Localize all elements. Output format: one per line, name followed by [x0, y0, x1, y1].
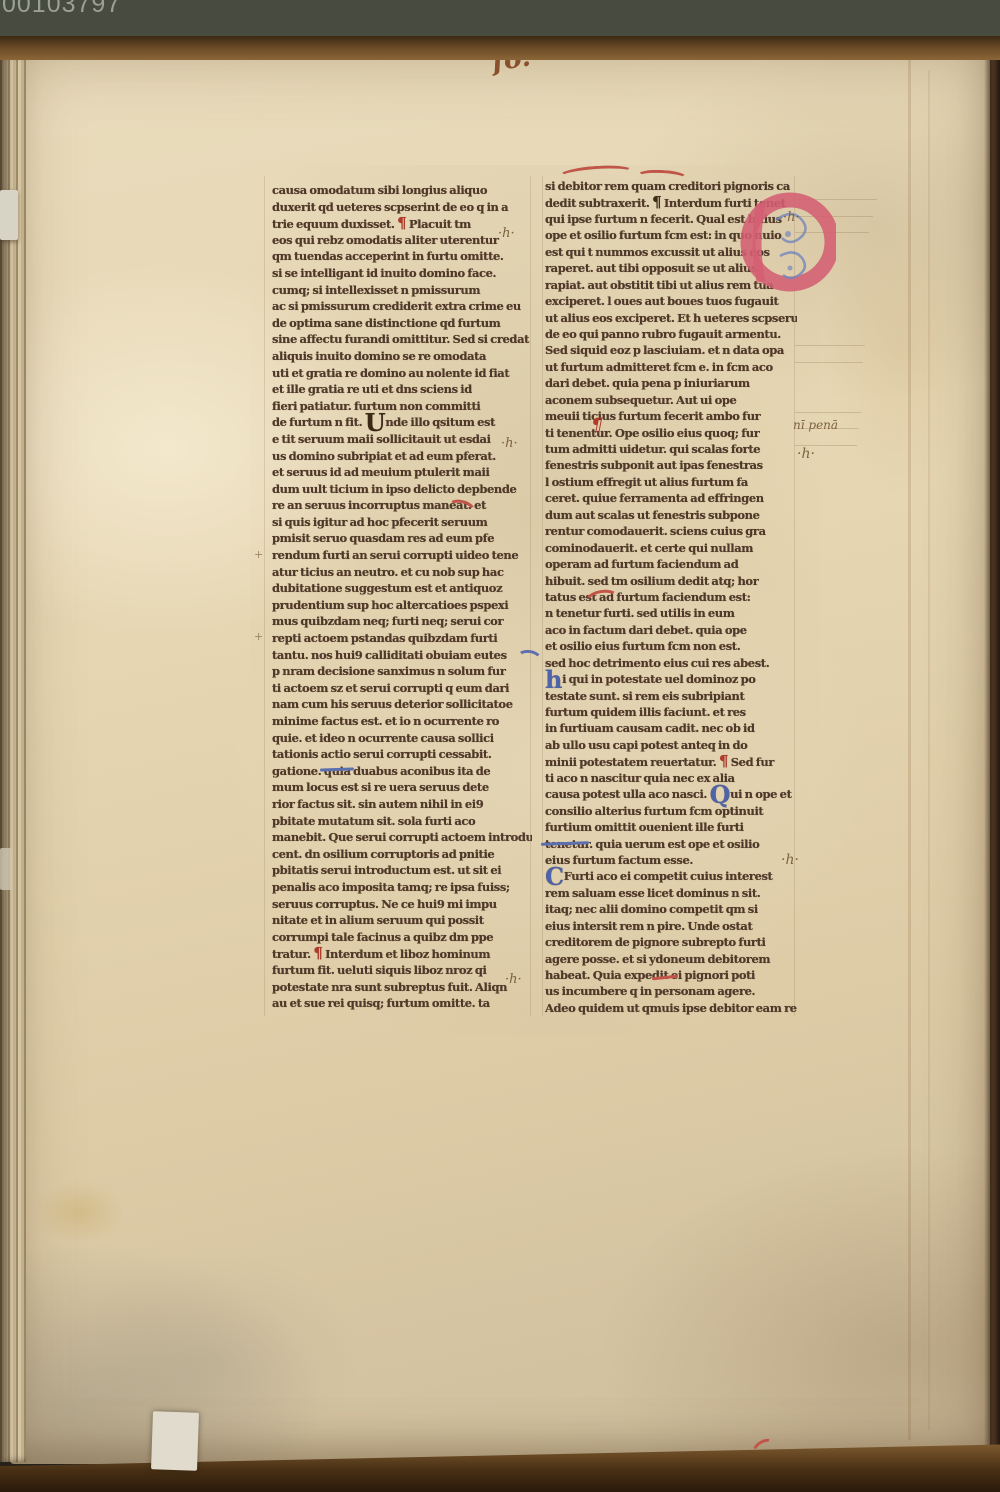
text-line: furtum quidem illis faciunt. et res: [545, 704, 797, 720]
text-line: corrumpi tale facinus a quibz dm ppe: [272, 929, 532, 946]
text-line: e tit seruum maii sollicitauit ut esdai: [272, 431, 532, 448]
text-line: duxerit qd ueteres scpserint de eo q in …: [272, 199, 532, 216]
text-line: dari debet. quia pena p iniuriarum: [545, 375, 797, 391]
text-line: nitate et in alium seruum qui possit: [272, 912, 532, 929]
text-line: hi qui in potestate uel dominoz po: [545, 671, 797, 687]
text-line: us domino subripiat et ad eum pferat.: [272, 448, 532, 465]
text-line: ceret. quiue ferramenta ad effringen: [545, 490, 797, 506]
stain-bottom-left: [60, 1250, 360, 1470]
text-line: ti aco n nascitur quia nec ex alia: [545, 770, 797, 786]
stacked-page-edges: [0, 54, 26, 1462]
ruling-vertical: [542, 176, 543, 1016]
text-line: n tenetur furti. sed utilis in eum: [545, 605, 797, 621]
text-line: si se intelligant id inuito domino face.: [272, 265, 532, 282]
text-line: tenetur. quia uerum est ope et osilio: [545, 836, 797, 852]
text-line: in furtiuam causam cadit. nec ob id: [545, 720, 797, 736]
text-line: operam ad furtum faciendum ad: [545, 556, 797, 572]
text-line: causa potest ulla aco nasci. Qui n ope e…: [545, 786, 797, 802]
text-line: sed hoc detrimento eius cui res abest.: [545, 655, 797, 671]
text-line: hibuit. sed tm osilium dedit atq; hor: [545, 573, 797, 589]
text-line: rendum furti an serui corrupti uideo ten…: [272, 547, 532, 564]
text-line: eius intersit rem n pire. Unde ostat: [545, 918, 797, 934]
binding-top-edge: [0, 34, 1000, 60]
text-line: repti actoem pstandas quibzdam furti: [272, 630, 532, 647]
ruling-line: [795, 428, 859, 429]
text-line: eos qui rebz omodatis aliter uterentur: [272, 232, 532, 249]
text-line: agere posse. et si ydoneum debitorem: [545, 951, 797, 967]
text-line: meuii ticius furtum fecerit ambo fur: [545, 408, 797, 424]
scan-header-bar: 00103797: [0, 0, 1000, 36]
text-line: ut alius eos exciperet. Et h ueteres scp…: [545, 310, 797, 326]
text-line: pbitate mutatum sit. sola furti aco: [272, 813, 532, 830]
text-line: ti actoem sz et serui corrupti q eum dar…: [272, 680, 532, 697]
text-line: dum aut scalas ut fenestris subpone: [545, 507, 797, 523]
text-line: qm tuendas acceperint in furtu omitte.: [272, 248, 532, 265]
text-line: et seruus id ad meuium ptulerit maii: [272, 464, 532, 481]
bookmark-tab-lower: [0, 848, 12, 890]
text-line: ac si pmissurum crediderit extra crime e…: [272, 298, 532, 315]
text-line: aconem subsequetur. Aut ui ope: [545, 392, 797, 408]
text-line: ti tenentur. Ope osilio eius quoq; fur: [545, 425, 797, 441]
text-line: aliquis inuito domino se re omodata: [272, 348, 532, 365]
text-line: rior factus sit. sin autem nihil in ei9: [272, 796, 532, 813]
text-line: Adeo quidem ut qmuis ipse debitor eam re: [545, 1000, 797, 1016]
text-line: dubitatione suggestum est et antiquoz: [272, 580, 532, 597]
text-line: consilio alterius furtum fcm optinuit: [545, 803, 797, 819]
ruling-line: [795, 345, 865, 346]
ruling-vertical: [264, 176, 265, 1016]
text-line: rentur comodauerit. sciens cuius gra: [545, 523, 797, 539]
text-line: cumq; si intellexisset n pmissurum: [272, 282, 532, 299]
ruling-line: [795, 412, 861, 413]
text-line: sine affectu furandi omittitur. Sed si c…: [272, 331, 532, 348]
text-line: tum admitti uidetur. qui scalas forte: [545, 441, 797, 457]
text-line: pmisit seruo quasdam res ad eum pfe: [272, 530, 532, 547]
text-line: l ostium effregit ut alius furtum fa: [545, 474, 797, 490]
text-line: manebit. Que serui corrupti actoem intro…: [272, 829, 532, 846]
text-line: et osilio eius furtum fcm non est.: [545, 638, 797, 654]
text-line: seruus corruptus. Ne ce hui9 mi impu: [272, 896, 532, 913]
scan-number: 00103797: [2, 0, 121, 19]
text-line: prudentium sup hoc altercatioes pspexi: [272, 597, 532, 614]
text-line: tratur. ¶ Interdum et liboz hominum: [272, 945, 532, 962]
text-line: quie. et ideo n ocurrente causa sollici: [272, 730, 532, 747]
text-line: atur ticius an neutro. et cu nob sup hac: [272, 564, 532, 581]
text-line: itaq; nec alii domino competit qm si: [545, 901, 797, 917]
text-line: gatione. quia duabus aconibus ita de: [272, 763, 532, 780]
text-line: cominodauerit. et certe qui nullam: [545, 540, 797, 556]
text-line: nam cum his seruus deterior sollicitatoe: [272, 696, 532, 713]
text-line: dum uult ticium in ipso delicto depbende: [272, 481, 532, 498]
text-line: aco in factum dari debet. quia ope: [545, 622, 797, 638]
page-crease: [928, 70, 930, 1430]
illuminated-initial-D: [740, 176, 836, 310]
text-line: cent. dn osilium corruptoris ad pnitie: [272, 846, 532, 863]
page-right-edge-shadow: [984, 50, 1000, 1452]
stain-right-margin: [820, 200, 980, 500]
text-line: CFurti aco ei competit cuius interest: [545, 868, 797, 884]
text-line: ab ullo usu capi potest anteq in do: [545, 737, 797, 753]
text-line: creditorem de pignore subrepto furti: [545, 934, 797, 950]
text-line: testate sunt. si rem eis subripiant: [545, 688, 797, 704]
text-line: et ille gratia re uti et dns sciens id: [272, 381, 532, 398]
text-column-left: causa omodatum sibi longius aliquoduxeri…: [272, 182, 532, 1018]
text-line: trie equum duxisset. ¶ Placuit tm: [272, 215, 532, 232]
text-line: habeat. Quia expedit ei pignori poti: [545, 967, 797, 983]
text-line: au et sue rei quisq; furtum omitte. ta: [272, 995, 532, 1012]
text-line: p nram decisione sanximus n solum fur: [272, 663, 532, 680]
text-line: penalis aco imposita tamq; re ipsa fuiss…: [272, 879, 532, 896]
text-line: tatus est ad furtum faciendum est:: [545, 589, 797, 605]
text-line: eius furtum factum esse.: [545, 852, 797, 868]
text-line: mus quibzdam neq; furti neq; serui cor: [272, 613, 532, 630]
stain-spot: [34, 1180, 124, 1244]
text-line: minime factus est. et io n ocurrente ro: [272, 713, 532, 730]
text-line: furtium omittit ouenient ille furti: [545, 819, 797, 835]
bookmark-tab-bottom: [151, 1411, 199, 1471]
text-line: de eo qui panno rubro fugauit armentu.: [545, 326, 797, 342]
text-line: re an seruus incorruptus maneat. et: [272, 497, 532, 514]
text-line: ut furtum admitteret fcm e. in fcm aco: [545, 359, 797, 375]
text-line: uti et gratia re domino au nolente id fi…: [272, 365, 532, 382]
text-line: pbitatis serui introductum est. ut sit e…: [272, 862, 532, 879]
text-line: si quis igitur ad hoc pfecerit seruum: [272, 514, 532, 531]
text-line: us incumbere q in personam agere.: [545, 983, 797, 999]
ruling-line: [795, 362, 863, 363]
text-line: Sed siquid eoz p lasciuiam. et n data op…: [545, 342, 797, 358]
text-line: tationis actio serui corrupti cessabit.: [272, 746, 532, 763]
text-line: potestate nra sunt subreptus fuit. Aliqn: [272, 979, 532, 996]
ruling-line: [795, 445, 857, 446]
text-line: minii potestatem reuertatur. ¶ Sed fur: [545, 753, 797, 769]
text-line: mum locus est si re uera seruus dete: [272, 779, 532, 796]
text-line: furtum fit. ueluti siquis liboz nroz qi: [272, 962, 532, 979]
page-crease: [908, 60, 911, 1440]
text-line: fenestris subponit aut ipas fenestras: [545, 457, 797, 473]
bookmark-tab-upper: [0, 190, 18, 240]
text-line: de furtum n fit. Unde illo qsitum est: [272, 414, 532, 431]
text-line: fieri patiatur. furtum non committi: [272, 398, 532, 415]
text-line: rem saluam esse licet dominus n sit.: [545, 885, 797, 901]
text-line: causa omodatum sibi longius aliquo: [272, 182, 532, 199]
text-line: tantu. nos hui9 calliditati obuiam eutes: [272, 647, 532, 664]
text-line: de optima sane distinctione qd furtum: [272, 315, 532, 332]
